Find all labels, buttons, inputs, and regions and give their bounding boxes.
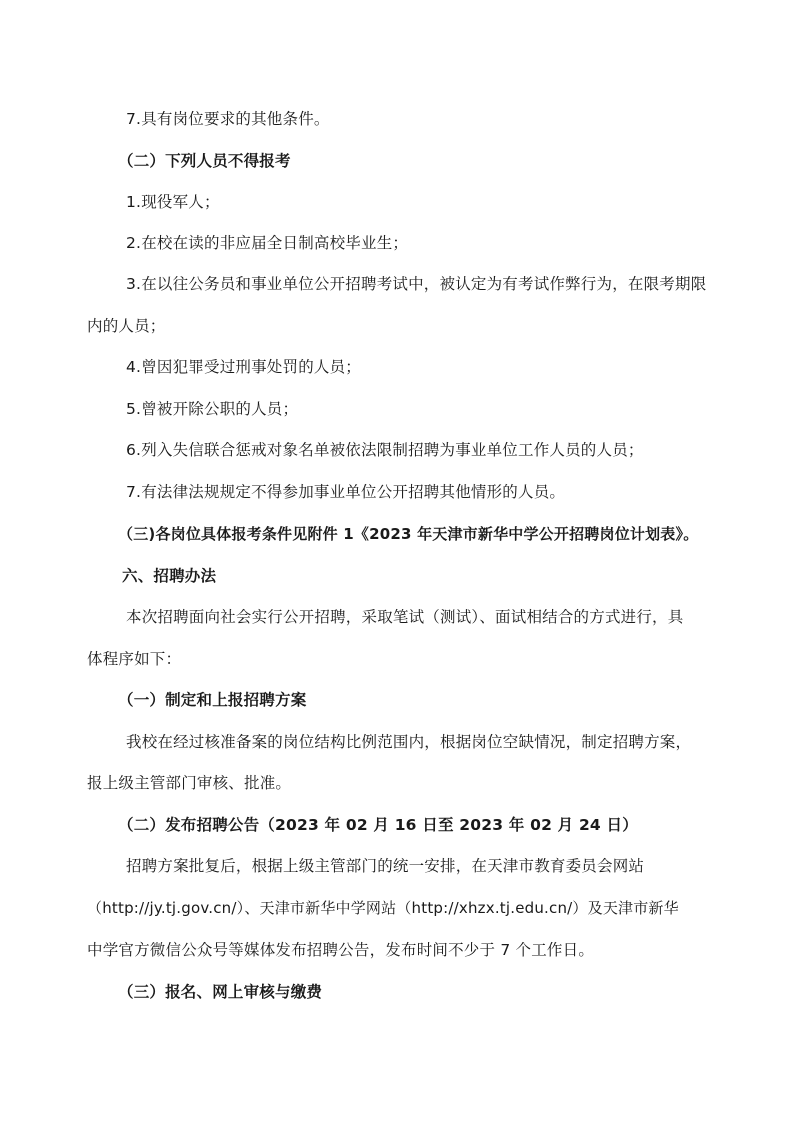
- heading-step-1: （一）制定和上报招聘方案: [118, 690, 306, 710]
- paragraph-step-1-cont: 报上级主管部门审核、批准。: [87, 773, 291, 793]
- heading-step-2: （二）发布招聘公告（2023 年 02 月 16 日至 2023 年 02 月 …: [118, 815, 638, 835]
- paragraph-step-2-links: （http://jy.tj.gov.cn/）、天津市新华中学网站（http://…: [87, 898, 679, 918]
- paragraph-excluded-7: 7.有法律法规规定不得参加事业单位公开招聘其他情形的人员。: [126, 482, 565, 502]
- paragraph-condition-7: 7.具有岗位要求的其他条件。: [126, 109, 330, 129]
- paragraph-method-intro: 本次招聘面向社会实行公开招聘，采取笔试（测试）、面试相结合的方式进行，具: [126, 607, 683, 627]
- heading-excluded-persons: （二）下列人员不得报考: [118, 151, 291, 171]
- paragraph-step-2-cont: 中学官方微信公众号等媒体发布招聘公告，发布时间不少于 7 个工作日。: [87, 940, 594, 960]
- paragraph-excluded-3-cont: 内的人员；: [87, 316, 166, 336]
- paragraph-excluded-2: 2.在校在读的非应届全日制高校毕业生；: [126, 233, 408, 253]
- paragraph-step-1: 我校在经过核准备案的岗位结构比例范围内，根据岗位空缺情况，制定招聘方案，: [126, 732, 691, 752]
- heading-position-conditions: （三)各岗位具体报考条件见附件 1《2023 年天津市新华中学公开招聘岗位计划表…: [118, 524, 698, 544]
- paragraph-excluded-3: 3.在以往公务员和事业单位公开招聘考试中，被认定为有考试作弊行为，在限考期限: [126, 274, 706, 294]
- paragraph-excluded-4: 4.曾因犯罪受过刑事处罚的人员；: [126, 357, 361, 377]
- heading-step-3: （三）报名、网上审核与缴费: [118, 982, 322, 1002]
- paragraph-excluded-5: 5.曾被开除公职的人员；: [126, 399, 298, 419]
- paragraph-method-intro-cont: 体程序如下：: [87, 649, 181, 669]
- heading-recruitment-method: 六、招聘办法: [122, 566, 216, 586]
- paragraph-step-2: 招聘方案批复后，根据上级主管部门的统一安排，在天津市教育委员会网站: [126, 856, 644, 876]
- paragraph-excluded-6: 6.列入失信联合惩戒对象名单被依法限制招聘为事业单位工作人员的人员；: [126, 440, 644, 460]
- paragraph-excluded-1: 1.现役军人；: [126, 192, 220, 212]
